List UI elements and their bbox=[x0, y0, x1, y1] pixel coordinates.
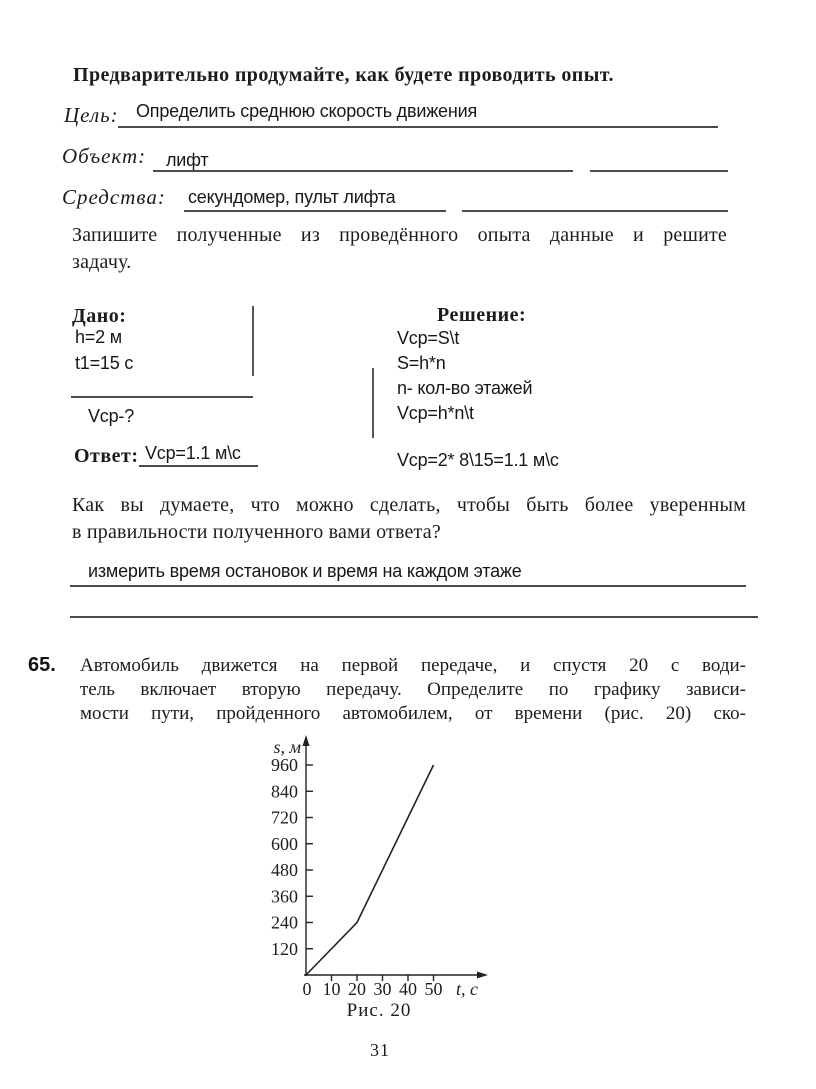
y-tick-label: 840 bbox=[271, 781, 298, 801]
figure-caption: Рис. 20 bbox=[279, 1000, 479, 1022]
problem-text-line-2: тель включает вторую передачу. Определит… bbox=[80, 679, 746, 701]
workbook-page: Предварительно продумайте, как будете пр… bbox=[0, 0, 816, 1089]
reflection-blank-line-1 bbox=[70, 585, 746, 587]
page-number: 31 bbox=[280, 1040, 480, 1061]
goal-value: Определить среднюю скорость движения bbox=[136, 101, 477, 122]
means-blank-line-2 bbox=[462, 210, 728, 212]
figure-20-chart: 12024036048060072084096001020304050s, мt… bbox=[235, 733, 505, 1005]
means-value: секундомер, пульт лифта bbox=[188, 187, 395, 208]
object-blank-line-2 bbox=[590, 170, 728, 172]
solution-line-3: n- кол-во этажей bbox=[397, 378, 532, 399]
experiment-plan-title: Предварительно продумайте, как будете пр… bbox=[73, 64, 614, 87]
x-tick-label: 40 bbox=[399, 979, 417, 999]
x-tick-label: 30 bbox=[374, 979, 392, 999]
column-divider-upper bbox=[252, 306, 254, 376]
x-tick-label: 10 bbox=[323, 979, 341, 999]
answer-label: Ответ: bbox=[74, 445, 139, 468]
answer-underline bbox=[139, 465, 258, 467]
object-blank-line bbox=[153, 170, 573, 172]
x-axis-label: t, с bbox=[456, 979, 478, 999]
answer-value: Vcp=1.1 м\с bbox=[145, 443, 241, 464]
y-tick-label: 120 bbox=[271, 939, 298, 959]
means-blank-line bbox=[184, 210, 446, 212]
solution-line-4: Vcp=h*n\t bbox=[397, 403, 474, 424]
solution-header: Решение: bbox=[437, 304, 526, 327]
given-header: Дано: bbox=[72, 305, 126, 328]
problem-text-line-1: Автомобиль движется на первой передаче, … bbox=[80, 655, 746, 677]
instruction-line-2: задачу. bbox=[72, 251, 132, 274]
y-tick-label: 480 bbox=[271, 860, 298, 880]
solution-result: Vcp=2* 8\15=1.1 м\с bbox=[397, 450, 559, 471]
reflection-answer: измерить время остановок и время на кажд… bbox=[88, 561, 522, 582]
y-tick-label: 960 bbox=[271, 755, 298, 775]
given-line-h: h=2 м bbox=[75, 327, 122, 348]
given-line-t: t1=15 с bbox=[75, 353, 133, 374]
y-tick-label: 600 bbox=[271, 834, 298, 854]
means-label: Средства: bbox=[62, 185, 166, 210]
reflection-question-line-2: в правильности полученного вами ответа? bbox=[72, 521, 441, 544]
y-tick-label: 240 bbox=[271, 913, 298, 933]
object-value: лифт bbox=[166, 150, 208, 171]
given-separator-line bbox=[71, 396, 253, 398]
column-divider-lower bbox=[372, 368, 374, 438]
problem-number: 65. bbox=[28, 654, 56, 677]
y-tick-label: 720 bbox=[271, 808, 298, 828]
reflection-blank-line-2 bbox=[70, 616, 758, 618]
problem-text-line-3: мости пути, пройденного автомобилем, от … bbox=[80, 703, 746, 725]
x-tick-label: 50 bbox=[425, 979, 443, 999]
goal-label: Цель: bbox=[64, 103, 119, 128]
object-label: Объект: bbox=[62, 144, 146, 169]
y-tick-label: 360 bbox=[271, 886, 298, 906]
solution-line-1: Vcp=S\t bbox=[397, 328, 459, 349]
instruction-line-1: Запишите полученные из проведённого опыт… bbox=[72, 224, 727, 247]
solution-line-2: S=h*n bbox=[397, 353, 446, 374]
goal-blank-line bbox=[118, 126, 718, 128]
reflection-question-line-1: Как вы думаете, что можно сделать, чтобы… bbox=[72, 494, 746, 517]
find-value: Vcp-? bbox=[88, 406, 134, 427]
y-axis-label: s, м bbox=[274, 737, 302, 757]
x-tick-label: 0 bbox=[303, 979, 312, 999]
distance-time-line bbox=[306, 765, 434, 975]
x-tick-label: 20 bbox=[348, 979, 366, 999]
